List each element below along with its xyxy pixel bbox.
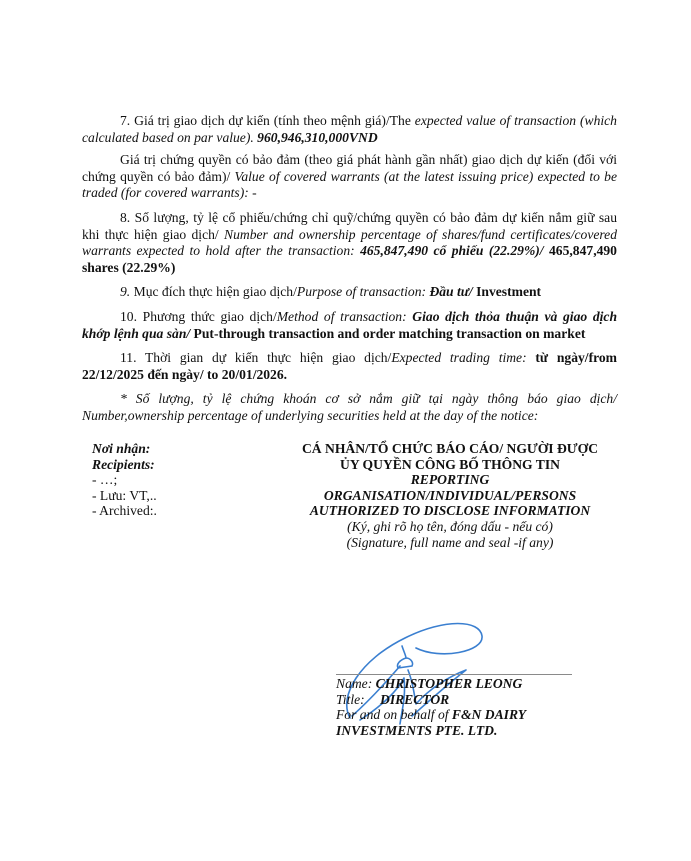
document-body: 7. Giá trị giao dịch dự kiến (tính theo … — [82, 113, 617, 433]
recipient-line: - Archived:. — [92, 503, 262, 519]
recipients-heading-vi: Nơi nhận: — [92, 441, 262, 457]
covered-warrants-value: Giá trị chứng quyền có bảo đảm (theo giá… — [82, 152, 617, 202]
company-name-1: F&N DAIRY — [452, 707, 526, 722]
reporter-title-en-3: AUTHORIZED TO DISCLOSE INFORMATION — [270, 503, 630, 519]
item-8-holding-after: 8. Số lượng, tỷ lệ cổ phiếu/chứng chỉ qu… — [82, 210, 617, 276]
reporter-note-en: (Signature, full name and seal -if any) — [270, 535, 630, 551]
signatory-title: DIRECTOR — [380, 692, 449, 707]
signatory-title-row: Title:DIRECTOR — [336, 692, 526, 708]
underlying-securities-note: * Số lượng, tỷ lệ chứng khoán cơ sở nắm … — [82, 391, 617, 424]
title-label: Title: — [336, 692, 380, 708]
reporter-note-vi: (Ký, ghi rõ họ tên, đóng dấu - nếu có) — [270, 519, 630, 535]
item-7-expected-value: 7. Giá trị giao dịch dự kiến (tính theo … — [82, 113, 617, 146]
recipients-heading-en: Recipients: — [92, 457, 262, 473]
reporter-block: CÁ NHÂN/TỔ CHỨC BÁO CÁO/ NGƯỜI ĐƯỢC ỦY Q… — [270, 441, 630, 550]
signatory-name-row: Name: CHRISTOPHER LEONG — [336, 676, 526, 692]
recipient-line: - …; — [92, 472, 262, 488]
behalf-prefix: For and on behalf of — [336, 707, 452, 722]
reporter-title-vi-2: ỦY QUYỀN CÔNG BỐ THÔNG TIN — [270, 457, 630, 473]
item-10-method: 10. Phương thức giao dịch/Method of tran… — [82, 309, 617, 342]
behalf-row: For and on behalf of F&N DAIRY — [336, 707, 526, 723]
reporter-title-en-2: ORGANISATION/INDIVIDUAL/PERSONS — [270, 488, 630, 504]
reporter-title-en-1: REPORTING — [270, 472, 630, 488]
recipient-line: - Lưu: VT,.. — [92, 488, 262, 504]
reporter-title-vi-1: CÁ NHÂN/TỔ CHỨC BÁO CÁO/ NGƯỜI ĐƯỢC — [270, 441, 630, 457]
recipients-block: Nơi nhận: Recipients: - …; - Lưu: VT,.. … — [92, 441, 262, 519]
name-label: Name: — [336, 676, 372, 692]
item-11-trading-time: 11. Thời gian dự kiến thực hiện giao dịc… — [82, 350, 617, 383]
signatory-block: Name: CHRISTOPHER LEONG Title:DIRECTOR F… — [336, 676, 526, 738]
signatory-name: CHRISTOPHER LEONG — [376, 676, 523, 691]
signature-line — [336, 674, 572, 675]
company-name-2: INVESTMENTS PTE. LTD. — [336, 723, 526, 739]
item-9-purpose: 9. Mục đích thực hiện giao dịch/Purpose … — [82, 284, 617, 301]
